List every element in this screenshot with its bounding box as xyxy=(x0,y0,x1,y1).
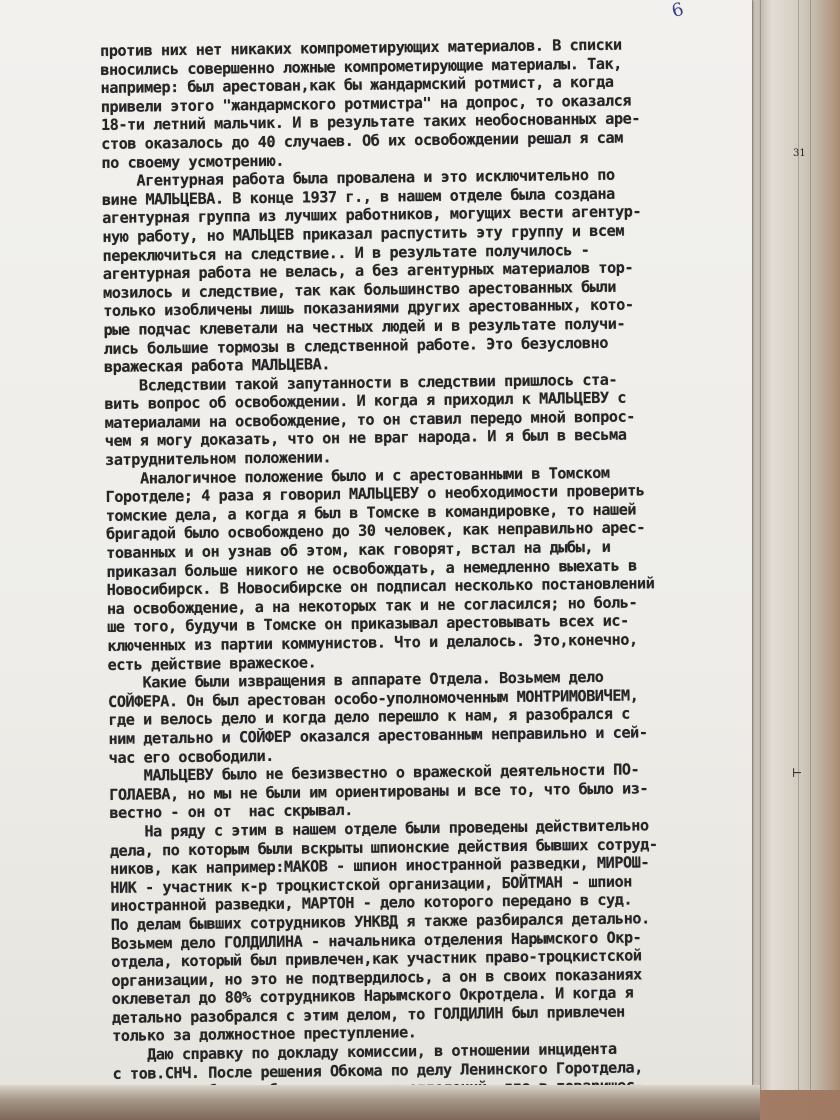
handwritten-ink-mark: 6 xyxy=(669,0,685,22)
typewritten-text-body: против них нет никаких компрометирующих … xyxy=(100,34,773,1102)
margin-page-number: 31 xyxy=(793,148,806,159)
page-bottom-edge xyxy=(0,1085,760,1120)
margin-tick-mark: ⊢ xyxy=(792,766,802,780)
page-edge-line xyxy=(810,0,811,1090)
typewritten-page: 6 против них нет никаких компрометирующи… xyxy=(0,0,752,1085)
page-edge-line xyxy=(798,0,799,1090)
